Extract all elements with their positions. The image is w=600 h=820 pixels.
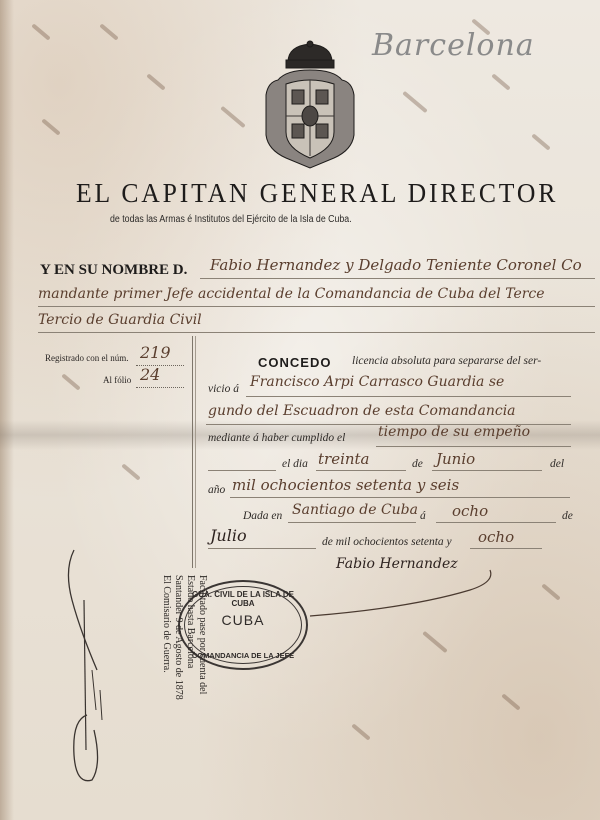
vertical-rule xyxy=(192,336,193,568)
commissioner-signature-icon xyxy=(62,540,112,790)
rule-line xyxy=(38,332,595,333)
given-year-label: de mil ochocientos setenta y xyxy=(322,536,452,548)
body-line1: licencia absoluta para separarse del ser… xyxy=(352,355,541,367)
paper-edge-stain xyxy=(0,0,14,820)
end-month: Junio xyxy=(436,450,475,468)
side-note-line4: El Comisario de Guerra. xyxy=(160,575,172,735)
end-year: mil ochocientos setenta y seis xyxy=(232,476,459,494)
rule-line xyxy=(38,306,595,307)
document-subtitle: de todas las Armas é Institutos del Ejér… xyxy=(110,214,352,225)
issuer-label: Y EN SU NOMBRE D. xyxy=(40,262,187,279)
registry-number: 219 xyxy=(140,343,171,362)
rule-line xyxy=(436,522,556,523)
rule-line xyxy=(230,497,570,498)
side-note-line3: Santander 9 de Agosto de 1878 xyxy=(172,575,184,735)
given-year: ocho xyxy=(478,528,514,546)
given-de-label: de xyxy=(562,510,573,522)
given-month: Julio xyxy=(210,526,247,545)
rule-line xyxy=(288,522,416,523)
month-label: de xyxy=(412,458,423,470)
side-note: Facilitado pase por cuenta del Estado ha… xyxy=(160,575,208,735)
concedo-heading: CONCEDO xyxy=(258,355,331,370)
vertical-rule xyxy=(195,336,196,568)
rule-line xyxy=(208,470,276,471)
body-line2-print: vicio á xyxy=(208,383,239,395)
rule-line xyxy=(200,278,595,279)
rule-line xyxy=(316,470,406,471)
end-day: treinta xyxy=(318,450,370,468)
body-line4-print: mediante á haber cumplido el xyxy=(208,432,345,444)
del-label: del xyxy=(550,458,564,470)
recipient-name: Francisco Arpi Carrasco Guardia se xyxy=(250,374,504,390)
rule-line xyxy=(470,548,542,549)
dotted-line xyxy=(136,387,184,388)
given-a-label: á xyxy=(420,510,426,522)
recipient-rank: gundo del Escuadron de esta Comandancia xyxy=(208,403,516,419)
rule-line xyxy=(208,548,316,549)
rule-line xyxy=(376,446,571,447)
folio-number: 24 xyxy=(140,365,160,384)
issuer-name-line1: Fabio Hernandez y Delgado Teniente Coron… xyxy=(210,256,582,274)
rule-line xyxy=(246,396,571,397)
side-note-line1: Facilitado pase por cuenta del xyxy=(196,575,208,735)
given-day: ocho xyxy=(452,502,488,520)
signature-flourish-icon xyxy=(300,560,500,620)
given-place: Santiago de Cuba xyxy=(292,502,418,518)
document-title: EL CAPITAN GENERAL DIRECTOR xyxy=(76,178,523,209)
folio-label: Al fólio xyxy=(103,375,131,385)
issuer-name-line2: mandante primer Jefe accidental de la Co… xyxy=(38,286,545,302)
service-reason: tiempo de su empeño xyxy=(378,424,530,440)
rule-line xyxy=(432,470,542,471)
coat-of-arms-icon xyxy=(258,40,362,170)
given-label: Dada en xyxy=(243,510,282,522)
registry-label: Registrado con el núm. xyxy=(45,353,128,363)
day-label: el dia xyxy=(282,458,308,470)
pencil-annotation: Barcelona xyxy=(372,28,535,63)
side-note-line2: Estado hasta Barcelona xyxy=(184,575,196,735)
issuer-name-line3: Tercio de Guardia Civil xyxy=(38,312,202,328)
year-label: año xyxy=(208,484,225,496)
